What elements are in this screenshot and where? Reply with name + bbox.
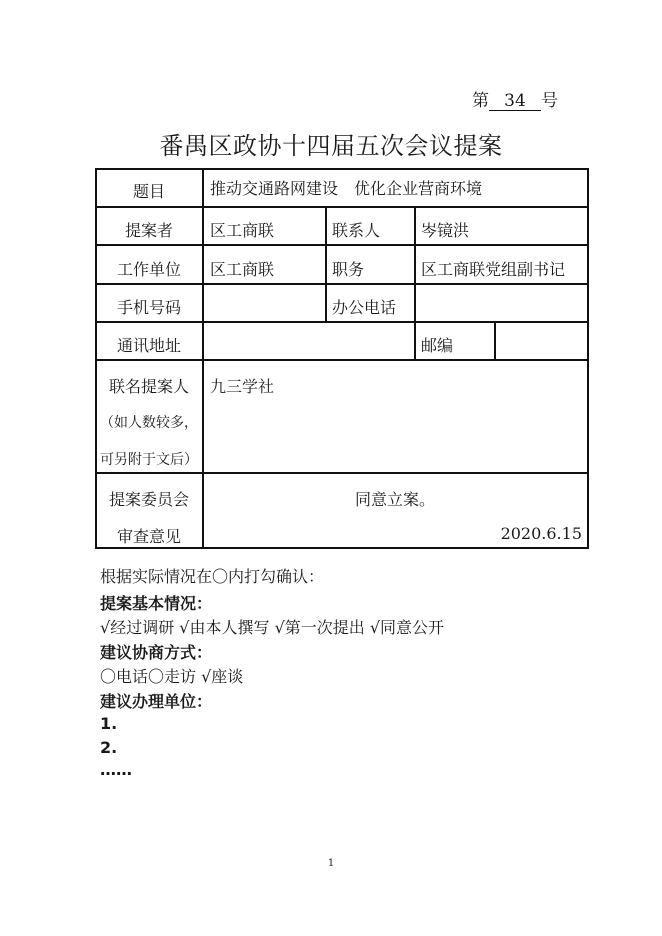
col-divider bbox=[414, 206, 416, 359]
review-date: 2020.6.15 bbox=[501, 524, 582, 543]
position-value: 区工商联党组副书记 bbox=[421, 257, 565, 280]
table-border-top bbox=[95, 168, 589, 170]
topic-value: 推动交通路网建设 优化企业营商环境 bbox=[210, 176, 482, 199]
basic-info-heading: 提案基本情况： bbox=[100, 591, 212, 614]
page-title: 番禺区政协十四届五次会议提案 bbox=[0, 126, 662, 161]
co-proposer-value: 九三学社 bbox=[210, 374, 274, 397]
table-border-right bbox=[587, 168, 589, 549]
serial-number: 34 bbox=[489, 92, 541, 111]
row-divider bbox=[95, 321, 589, 323]
check-instruction: 根据实际情况在〇内打勾确认： bbox=[100, 564, 324, 587]
proposer-value: 区工商联 bbox=[210, 218, 274, 241]
proposal-serial-number: 第34号 bbox=[472, 86, 558, 111]
mobile-label: 手机号码 bbox=[96, 295, 202, 318]
co-proposer-note-1: （如人数较多， bbox=[96, 412, 202, 432]
handling-unit-heading: 建议办理单位： bbox=[100, 689, 212, 712]
row-divider bbox=[95, 359, 589, 361]
handling-unit-2: 2. bbox=[100, 738, 117, 757]
page-number: 1 bbox=[0, 858, 662, 869]
serial-suffix: 号 bbox=[541, 91, 558, 111]
review-label-1: 提案委员会 bbox=[96, 487, 202, 510]
topic-label: 题目 bbox=[96, 179, 202, 202]
contact-value: 岑镜洪 bbox=[421, 218, 469, 241]
handling-unit-more: …… bbox=[100, 760, 132, 779]
office-phone-label: 办公电话 bbox=[332, 295, 396, 318]
contact-label: 联系人 bbox=[332, 218, 380, 241]
consult-method-heading: 建议协商方式： bbox=[100, 640, 212, 663]
postcode-label: 邮编 bbox=[421, 333, 453, 356]
review-label-2: 审查意见 bbox=[96, 524, 202, 547]
review-opinion: 同意立案。 bbox=[203, 487, 587, 510]
co-proposer-note-2: 可另附于文后） bbox=[96, 449, 202, 469]
table-border-bottom bbox=[95, 547, 589, 549]
co-proposer-label: 联名提案人 bbox=[96, 374, 202, 397]
handling-unit-1: 1. bbox=[100, 714, 117, 733]
address-label: 通讯地址 bbox=[96, 333, 202, 356]
row-divider bbox=[95, 283, 589, 285]
proposer-label: 提案者 bbox=[96, 218, 202, 241]
serial-prefix: 第 bbox=[472, 91, 489, 111]
row-divider bbox=[95, 244, 589, 246]
consult-method-items: 〇电话〇走访 √座谈 bbox=[100, 664, 243, 687]
basic-info-items: √经过调研 √由本人撰写 √第一次提出 √同意公开 bbox=[100, 615, 444, 638]
position-label: 职务 bbox=[332, 257, 364, 280]
work-unit-label: 工作单位 bbox=[96, 257, 202, 280]
row-divider bbox=[95, 472, 589, 474]
work-unit-value: 区工商联 bbox=[210, 257, 274, 280]
row-divider bbox=[95, 206, 589, 208]
col-divider bbox=[325, 206, 327, 321]
col-divider bbox=[494, 321, 496, 359]
